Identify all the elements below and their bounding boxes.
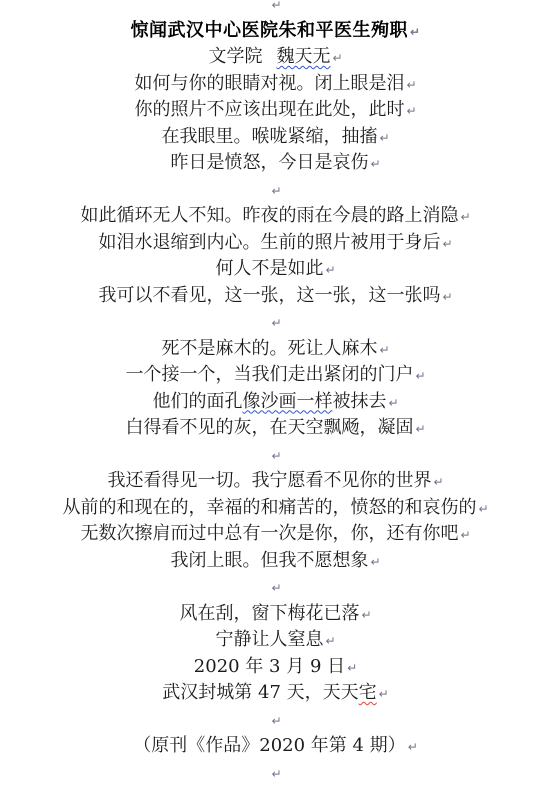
poem-line: 武汉封城第 47 天，天天宅↵ bbox=[0, 680, 551, 707]
line-text: （原刊《作品》2020 年第 4 期） bbox=[133, 735, 405, 756]
line-text: 一个接一个，当我们走出紧闭的门户 bbox=[125, 364, 413, 385]
byline-department: 文学院 bbox=[208, 46, 262, 67]
poem-line: 白得看不见的灰，在天空飘飏，凝固↵ bbox=[0, 415, 551, 442]
line-text: 白得看不见的灰，在天空飘飏，凝固 bbox=[125, 417, 413, 438]
poem-line: 他们的面孔像沙画一样被抹去↵ bbox=[0, 389, 551, 416]
line-text: 你的照片不应该出现在此处，此时 bbox=[134, 99, 404, 120]
paragraph-mark-icon: ↵ bbox=[361, 608, 371, 622]
poem-line: 如泪水退缩到内心。生前的照片被用于身后↵ bbox=[0, 230, 551, 257]
line-text: 像沙画一样 bbox=[242, 391, 332, 412]
line-text: 宁静让人窒息 bbox=[215, 629, 323, 650]
paragraph-mark-icon: ↵ bbox=[347, 661, 357, 675]
line-text: 我可以不看见，这一张，这一张，这一张吗 bbox=[98, 285, 440, 306]
poem-line: 昨日是愤怒，今日是哀伤↵ bbox=[0, 150, 551, 177]
poem-line: 如何与你的眼睛对视。闭上眼是泪↵ bbox=[0, 71, 551, 98]
paragraph-mark-icon: ↵ bbox=[271, 714, 281, 728]
line-text: 宅 bbox=[359, 682, 377, 703]
byline-author: 魏天无 bbox=[276, 46, 330, 67]
poem-line: 风在刮，窗下梅花已落↵ bbox=[0, 601, 551, 628]
line-text: 何人不是如此 bbox=[215, 258, 323, 279]
paragraph-mark-icon: ↵ bbox=[408, 740, 418, 754]
line-text: 被抹去 bbox=[332, 391, 386, 412]
poem-line: 2020 年 3 月 9 日↵ bbox=[0, 654, 551, 681]
paragraph-mark-icon: ↵ bbox=[271, 449, 281, 463]
publication-note: （原刊《作品》2020 年第 4 期）↵ bbox=[0, 733, 551, 760]
paragraph-mark-icon: ↵ bbox=[415, 369, 425, 383]
paragraph-mark-icon: ↵ bbox=[325, 263, 335, 277]
paragraph-mark-icon: ↵ bbox=[460, 528, 470, 542]
poem-line: 我闭上眼。但我不愿想象↵ bbox=[0, 548, 551, 575]
poem-title: 惊闻武汉中心医院朱和平医生殉职↵ bbox=[0, 18, 551, 45]
paragraph-mark-icon: ↵ bbox=[370, 157, 380, 171]
poem-line: 宁静让人窒息↵ bbox=[0, 627, 551, 654]
line-text: 他们的面孔 bbox=[152, 391, 242, 412]
paragraph-mark-icon: ↵ bbox=[410, 25, 421, 39]
empty-paragraph: ↵ bbox=[0, 442, 551, 469]
paragraph-mark-icon: ↵ bbox=[271, 581, 281, 595]
line-text: 无数次擦肩而过中总有一次是你，你，还有你吧 bbox=[80, 523, 458, 544]
line-text: 风在刮，窗下梅花已落 bbox=[179, 603, 359, 624]
paragraph-mark-icon: ↵ bbox=[460, 210, 470, 224]
byline: 文学院魏天无↵ bbox=[0, 44, 551, 71]
poem-line: 如此循环无人不知。昨夜的雨在今晨的路上消隐↵ bbox=[0, 203, 551, 230]
paragraph-mark-icon: ↵ bbox=[271, 316, 281, 330]
line-text: 如泪水退缩到内心。生前的照片被用于身后 bbox=[98, 232, 440, 253]
poem-line: 一个接一个，当我们走出紧闭的门户↵ bbox=[0, 362, 551, 389]
paragraph-mark-icon: ↵ bbox=[332, 51, 342, 65]
line-text: 从前的和现在的，幸福的和痛苦的，愤怒的和哀伤的 bbox=[62, 497, 476, 518]
paragraph-mark-icon: ↵ bbox=[433, 475, 443, 489]
paragraph-mark-icon: ↵ bbox=[379, 343, 389, 357]
line-text: 我闭上眼。但我不愿想象 bbox=[170, 550, 368, 571]
empty-paragraph: ↵ bbox=[0, 707, 551, 734]
paragraph-mark-icon: ↵ bbox=[379, 687, 389, 701]
line-text: 武汉封城第 47 天，天天 bbox=[162, 682, 358, 703]
poem-line: 死不是麻木的。死让人麻木↵ bbox=[0, 336, 551, 363]
line-text: 在我眼里。喉咙紧缩，抽搐 bbox=[161, 126, 377, 147]
poem-line: 你的照片不应该出现在此处，此时↵ bbox=[0, 97, 551, 124]
line-text: 惊闻武汉中心医院朱和平医生殉职 bbox=[130, 20, 408, 41]
line-text: 2020 年 3 月 9 日 bbox=[194, 656, 345, 677]
poem-line: 在我眼里。喉咙紧缩，抽搐↵ bbox=[0, 124, 551, 151]
paragraph-mark-icon: ↵ bbox=[388, 396, 398, 410]
paragraph-mark-icon: ↵ bbox=[271, 0, 281, 12]
empty-paragraph: ↵ bbox=[0, 309, 551, 336]
paragraph-mark-icon: ↵ bbox=[379, 131, 389, 145]
line-text: 死不是麻木的。死让人麻木 bbox=[161, 338, 377, 359]
poem-line: 无数次擦肩而过中总有一次是你，你，还有你吧↵ bbox=[0, 521, 551, 548]
paragraph-mark-icon: ↵ bbox=[442, 237, 452, 251]
paragraph-mark-icon: ↵ bbox=[271, 767, 281, 781]
document-page: ↵惊闻武汉中心医院朱和平医生殉职↵文学院魏天无↵如何与你的眼睛对视。闭上眼是泪↵… bbox=[0, 0, 551, 785]
poem-line: 我还看得见一切。我宁愿看不见你的世界↵ bbox=[0, 468, 551, 495]
line-text: 昨日是愤怒，今日是哀伤 bbox=[170, 152, 368, 173]
empty-paragraph: ↵ bbox=[0, 760, 551, 785]
paragraph-mark-icon: ↵ bbox=[370, 555, 380, 569]
poem-line: 何人不是如此↵ bbox=[0, 256, 551, 283]
poem-body: ↵惊闻武汉中心医院朱和平医生殉职↵文学院魏天无↵如何与你的眼睛对视。闭上眼是泪↵… bbox=[0, 0, 551, 785]
empty-paragraph: ↵ bbox=[0, 0, 551, 18]
line-text: 如何与你的眼睛对视。闭上眼是泪 bbox=[134, 73, 404, 94]
poem-line: 我可以不看见，这一张，这一张，这一张吗↵ bbox=[0, 283, 551, 310]
paragraph-mark-icon: ↵ bbox=[415, 422, 425, 436]
paragraph-mark-icon: ↵ bbox=[325, 634, 335, 648]
paragraph-mark-icon: ↵ bbox=[406, 104, 416, 118]
empty-paragraph: ↵ bbox=[0, 574, 551, 601]
paragraph-mark-icon: ↵ bbox=[442, 290, 452, 304]
line-text: 我还看得见一切。我宁愿看不见你的世界 bbox=[107, 470, 431, 491]
paragraph-mark-icon: ↵ bbox=[271, 184, 281, 198]
paragraph-mark-icon: ↵ bbox=[406, 78, 416, 92]
paragraph-mark-icon: ↵ bbox=[478, 502, 488, 516]
poem-line: 从前的和现在的，幸福的和痛苦的，愤怒的和哀伤的↵ bbox=[0, 495, 551, 522]
line-text: 如此循环无人不知。昨夜的雨在今晨的路上消隐 bbox=[80, 205, 458, 226]
empty-paragraph: ↵ bbox=[0, 177, 551, 204]
